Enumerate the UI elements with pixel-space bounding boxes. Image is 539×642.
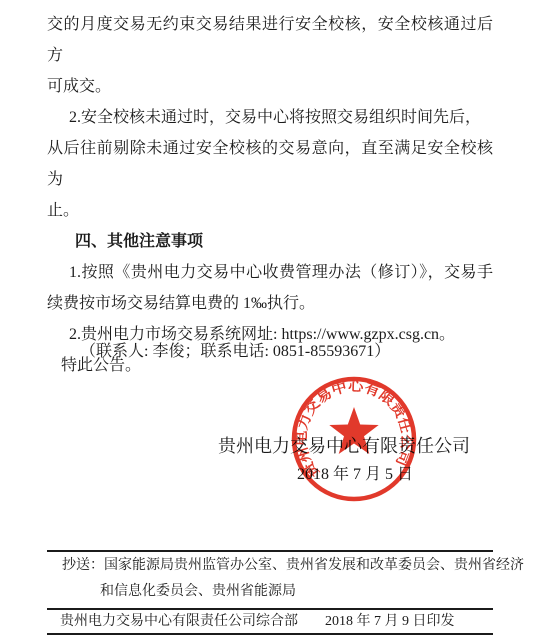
body-line: 1.按照《贵州电力交易中心收费管理办法（修订）》，交易手 xyxy=(47,257,493,288)
print-date: 2018 年 7 月 9 日印发 xyxy=(325,612,455,632)
copy-to-list: 国家能源局贵州监管办公室、贵州省发展和改革委员会、贵州省经济和信息化委员会、贵州… xyxy=(100,558,524,599)
body-line: 止。 xyxy=(47,195,493,226)
contact-line: （联系人: 李俊；联系电话: 0851-85593671） xyxy=(80,340,390,364)
footer-rule-bottom xyxy=(47,633,493,635)
footer-rule-middle xyxy=(47,608,493,610)
signature-date: 2018 年 7 月 5 日 xyxy=(297,464,413,486)
copy-to-label: 抄送： xyxy=(62,558,104,573)
body-line: 可成交。 xyxy=(47,71,493,102)
document-page: 交的月度交易无约束交易结果进行安全校核，安全校核通过后方 可成交。 2.安全校核… xyxy=(0,0,539,642)
section-heading: 四、其他注意事项 xyxy=(47,226,493,257)
document-body: 交的月度交易无约束交易结果进行安全校核，安全校核通过后方 可成交。 2.安全校核… xyxy=(47,9,493,381)
body-line: 交的月度交易无约束交易结果进行安全校核，安全校核通过后方 xyxy=(47,9,493,71)
signature-company: 贵州电力交易中心有限责任公司 xyxy=(218,434,470,458)
issuer-department: 贵州电力交易中心有限责任公司综合部 xyxy=(60,612,298,632)
body-line: 续费按市场交易结算电费的 1‰执行。 xyxy=(47,288,493,319)
footer-rule-top xyxy=(47,550,493,552)
body-line: 2.安全校核未通过时，交易中心将按照交易组织时间先后， xyxy=(47,102,493,133)
copy-to-block: 抄送：国家能源局贵州监管办公室、贵州省发展和改革委员会、贵州省经济和信息化委员会… xyxy=(62,553,533,605)
body-line: 从后往前剔除未通过安全校核的交易意向，直至满足安全校核为 xyxy=(47,133,493,195)
